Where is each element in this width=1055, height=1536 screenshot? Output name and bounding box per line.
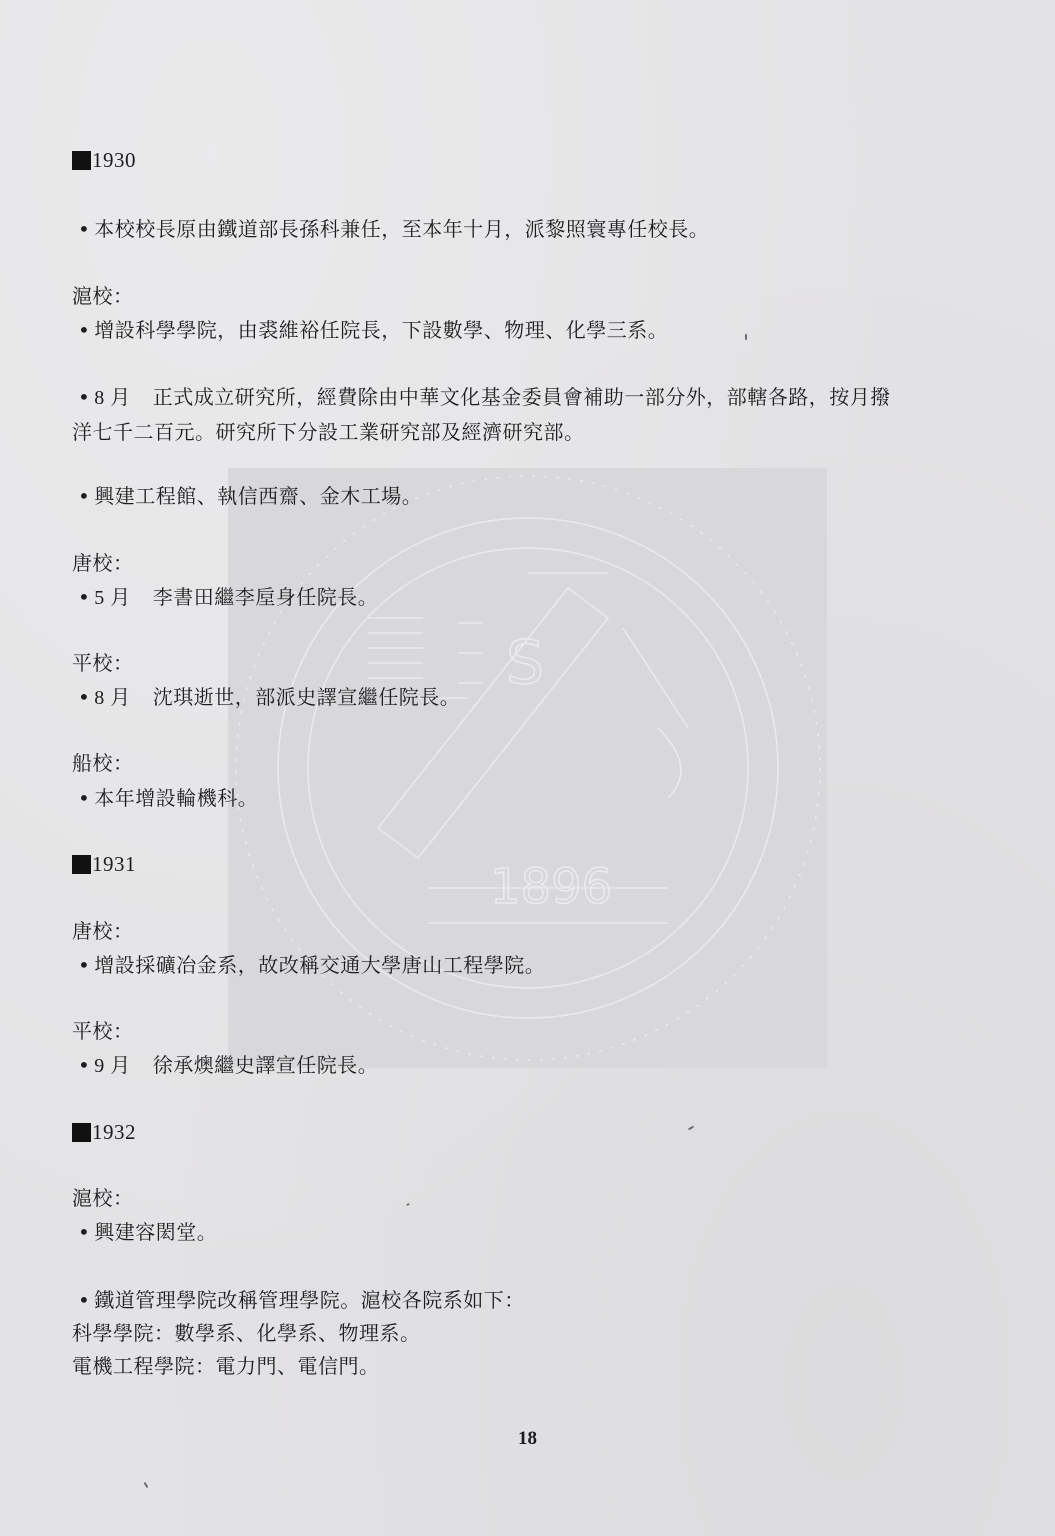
scan-speck [144,1482,149,1488]
entry-hu-2-continued: 洋七千二百元。研究所下分設工業研究部及經濟研究部。 [72,418,585,446]
entry-text: 徐承燠繼史譯宣任院長。 [153,1053,379,1077]
bullet-icon: • [78,583,90,611]
square-bullet-icon [72,151,91,170]
entry-hu-1: •增設科學學院，由裘維裕任院長，下設數學、物理、化學三系。 [72,316,668,344]
campus-label-chuan: 船校： [72,749,134,777]
entry-general: •本校校長原由鐵道部長孫科兼任，至本年十月，派黎照寰專任校長。 [72,215,709,243]
square-bullet-icon [72,1123,91,1142]
entry-hu-3: •興建工程館、執信西齋、金木工場。 [72,482,422,510]
entry-tang-1: •5 月李書田繼李垕身任院長。 [72,583,378,612]
entry-chuan-1: •本年增設輪機科。 [72,784,258,812]
bullet-icon: • [78,316,90,344]
entry-text: 興建工程館、執信西齋、金木工場。 [94,484,422,508]
square-bullet-icon [72,855,91,874]
entry-text: 本校校長原由鐵道部長孫科兼任，至本年十月，派黎照寰專任校長。 [94,217,709,241]
entry-month: 8 月 [94,684,131,712]
entry-hu-1932-2: •鐵道管理學院改稱管理學院。滬校各院系如下： [72,1286,525,1314]
entry-text: 正式成立研究所，經費除由中華文化基金委員會補助一部分外，部轄各路，按月撥 [153,385,891,409]
year-label: 1932 [92,1118,136,1146]
bullet-icon: • [78,1218,90,1246]
entry-text: 沈琪逝世，部派史譯宣繼任院長。 [153,685,461,709]
year-heading-1930: 1930 [72,146,136,174]
scan-speck [745,334,747,340]
bullet-icon: • [78,383,90,411]
year-heading-1931: 1931 [72,850,136,878]
department-line: 電機工程學院：電力門、電信門。 [72,1352,380,1380]
entry-ping-1: •8 月沈琪逝世，部派史譯宣繼任院長。 [72,683,460,712]
entry-hu-1932-1: •興建容閎堂。 [72,1218,217,1246]
bullet-icon: • [78,683,90,711]
entry-month: 5 月 [94,584,131,612]
entry-month: 8 月 [94,384,131,412]
entry-month: 9 月 [94,1052,131,1080]
bullet-icon: • [78,1051,90,1079]
department-line: 科學學院：數學系、化學系、物理系。 [72,1319,421,1347]
year-heading-1932: 1932 [72,1118,136,1146]
bullet-icon: • [78,784,90,812]
campus-label-tang: 唐校： [72,549,134,577]
year-label: 1931 [92,850,136,878]
entry-text: 本年增設輪機科。 [94,786,258,810]
entry-tang-1931: •增設採礦冶金系，故改稱交通大學唐山工程學院。 [72,951,545,979]
campus-label-ping: 平校： [72,1017,134,1045]
bullet-icon: • [78,482,90,510]
campus-label-hu: 滬校： [72,282,134,310]
bullet-icon: • [78,1286,90,1314]
svg-text:S: S [506,628,544,698]
entry-ping-1931: •9 月徐承燠繼史譯宣任院長。 [72,1051,378,1080]
year-label: 1930 [92,146,136,174]
entry-text: 鐵道管理學院改稱管理學院。滬校各院系如下： [94,1288,525,1312]
campus-label-ping: 平校： [72,649,134,677]
entry-text: 興建容閎堂。 [94,1220,217,1244]
bullet-icon: • [78,215,90,243]
entry-hu-2: •8 月正式成立研究所，經費除由中華文化基金委員會補助一部分外，部轄各路，按月撥 [72,383,891,412]
page-number: 18 [0,1428,1055,1450]
campus-label-tang: 唐校： [72,917,134,945]
campus-label-hu: 滬校： [72,1184,134,1212]
entry-text: 增設科學學院，由裘維裕任院長，下設數學、物理、化學三系。 [94,318,668,342]
scan-speck [406,1203,410,1206]
entry-text: 增設採礦冶金系，故改稱交通大學唐山工程學院。 [94,953,545,977]
scan-speck [688,1126,694,1131]
entry-text: 李書田繼李垕身任院長。 [153,585,379,609]
bullet-icon: • [78,951,90,979]
svg-text:1896: 1896 [490,859,612,915]
